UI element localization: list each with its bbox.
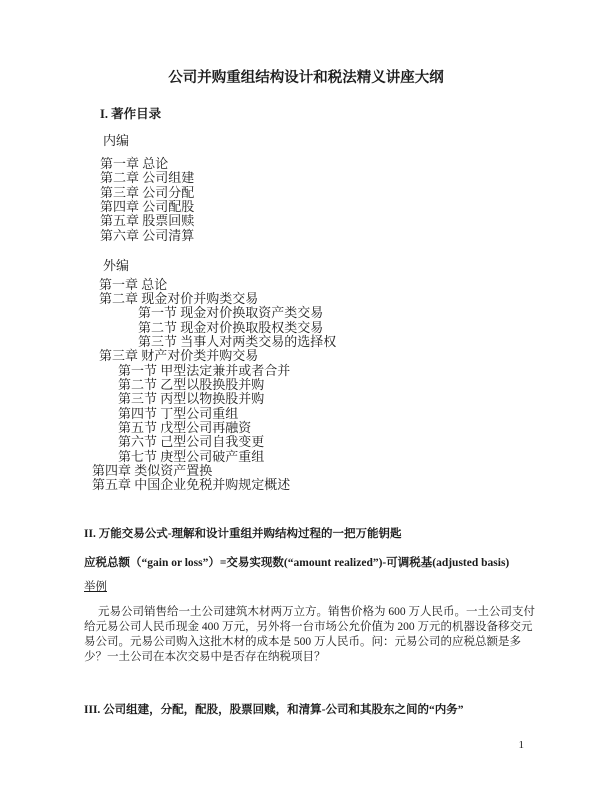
toc-item-chapter: 第二章 现金对价并购类交易 <box>99 292 336 306</box>
toc-item-section-deep: 第二节 现金对价换取股权类交易 <box>138 321 336 335</box>
example-line: 给元易公司人民币现金 400 万元，另外将一台市场公允价值为 200 万元的机器… <box>84 620 534 635</box>
tax-formula: 应税总额（“gain or loss”）=交易实现数(“amount reali… <box>84 554 509 570</box>
toc-item-chapter-flush: 第四章 类似资产置换 <box>92 464 336 478</box>
example-line: 元易公司销售给一土公司建筑木材两万立方。销售价格为 600 万人民币。一土公司支… <box>84 605 534 620</box>
toc-item-section: 第五节 戊型公司再融资 <box>118 421 336 435</box>
toc-item-section: 第七节 庚型公司破产重组 <box>118 450 336 464</box>
section-heading-internal: III. 公司组建，分配，配股，股票回赎，和清算-公司和其股东之间的“内务” <box>84 701 464 717</box>
toc-item-section: 第四节 丁型公司重组 <box>118 407 336 421</box>
section-heading-catalog: I. 著作目录 <box>100 104 161 122</box>
example-paragraph: 元易公司销售给一土公司建筑木材两万立方。销售价格为 600 万人民币。一土公司支… <box>84 605 534 666</box>
document-page: 公司并购重组结构设计和税法精义讲座大纲 I. 著作目录 内编 第一章 总论第二章… <box>0 0 612 792</box>
toc-item-section-deep: 第三节 当事人对两类交易的选择权 <box>138 335 336 349</box>
toc-item-section: 第六节 己型公司自我变更 <box>118 435 336 449</box>
outer-chapter-list: 第一章 总论第二章 现金对价并购类交易第一节 现金对价换取资产类交易第二节 现金… <box>92 278 336 493</box>
toc-item-chapter-flush: 第五章 中国企业免税并购规定概述 <box>92 478 336 492</box>
inner-part-label: 内编 <box>103 130 129 149</box>
toc-item-section: 第一节 甲型法定兼并或者合并 <box>118 364 336 378</box>
toc-item-chapter: 第三章 财产对价类并购交易 <box>99 349 336 363</box>
toc-item-chapter: 第六章 公司清算 <box>100 229 194 243</box>
section-heading-formula: II. 万能交易公式-理解和设计重组并购结构过程的一把万能钥匙 <box>84 525 402 541</box>
outer-part-label: 外编 <box>103 255 129 274</box>
toc-item-chapter: 第三章 公司分配 <box>100 186 194 200</box>
inner-chapter-list: 第一章 总论第二章 公司组建第三章 公司分配第四章 公司配股第五章 股票回赎第六… <box>100 157 194 243</box>
document-title: 公司并购重组结构设计和税法精义讲座大纲 <box>0 66 612 87</box>
example-line: 易公司。元易公司购入这批木材的成本是 500 万人民币。问：元易公司的应税总额是… <box>84 635 534 650</box>
example-label: 举例 <box>84 578 107 594</box>
toc-item-chapter: 第一章 总论 <box>100 157 194 171</box>
toc-item-section-deep: 第一节 现金对价换取资产类交易 <box>138 306 336 320</box>
example-line: 少？一土公司在本次交易中是否存在纳税项目？ <box>84 650 534 665</box>
toc-item-section: 第二节 乙型以股换股并购 <box>118 378 336 392</box>
toc-item-chapter: 第二章 公司组建 <box>100 171 194 185</box>
toc-item-chapter: 第四章 公司配股 <box>100 200 194 214</box>
toc-item-chapter: 第五章 股票回赎 <box>100 214 194 228</box>
toc-item-chapter: 第一章 总论 <box>99 278 336 292</box>
toc-item-section: 第三节 丙型以物换股并购 <box>118 392 336 406</box>
page-number: 1 <box>508 739 524 751</box>
